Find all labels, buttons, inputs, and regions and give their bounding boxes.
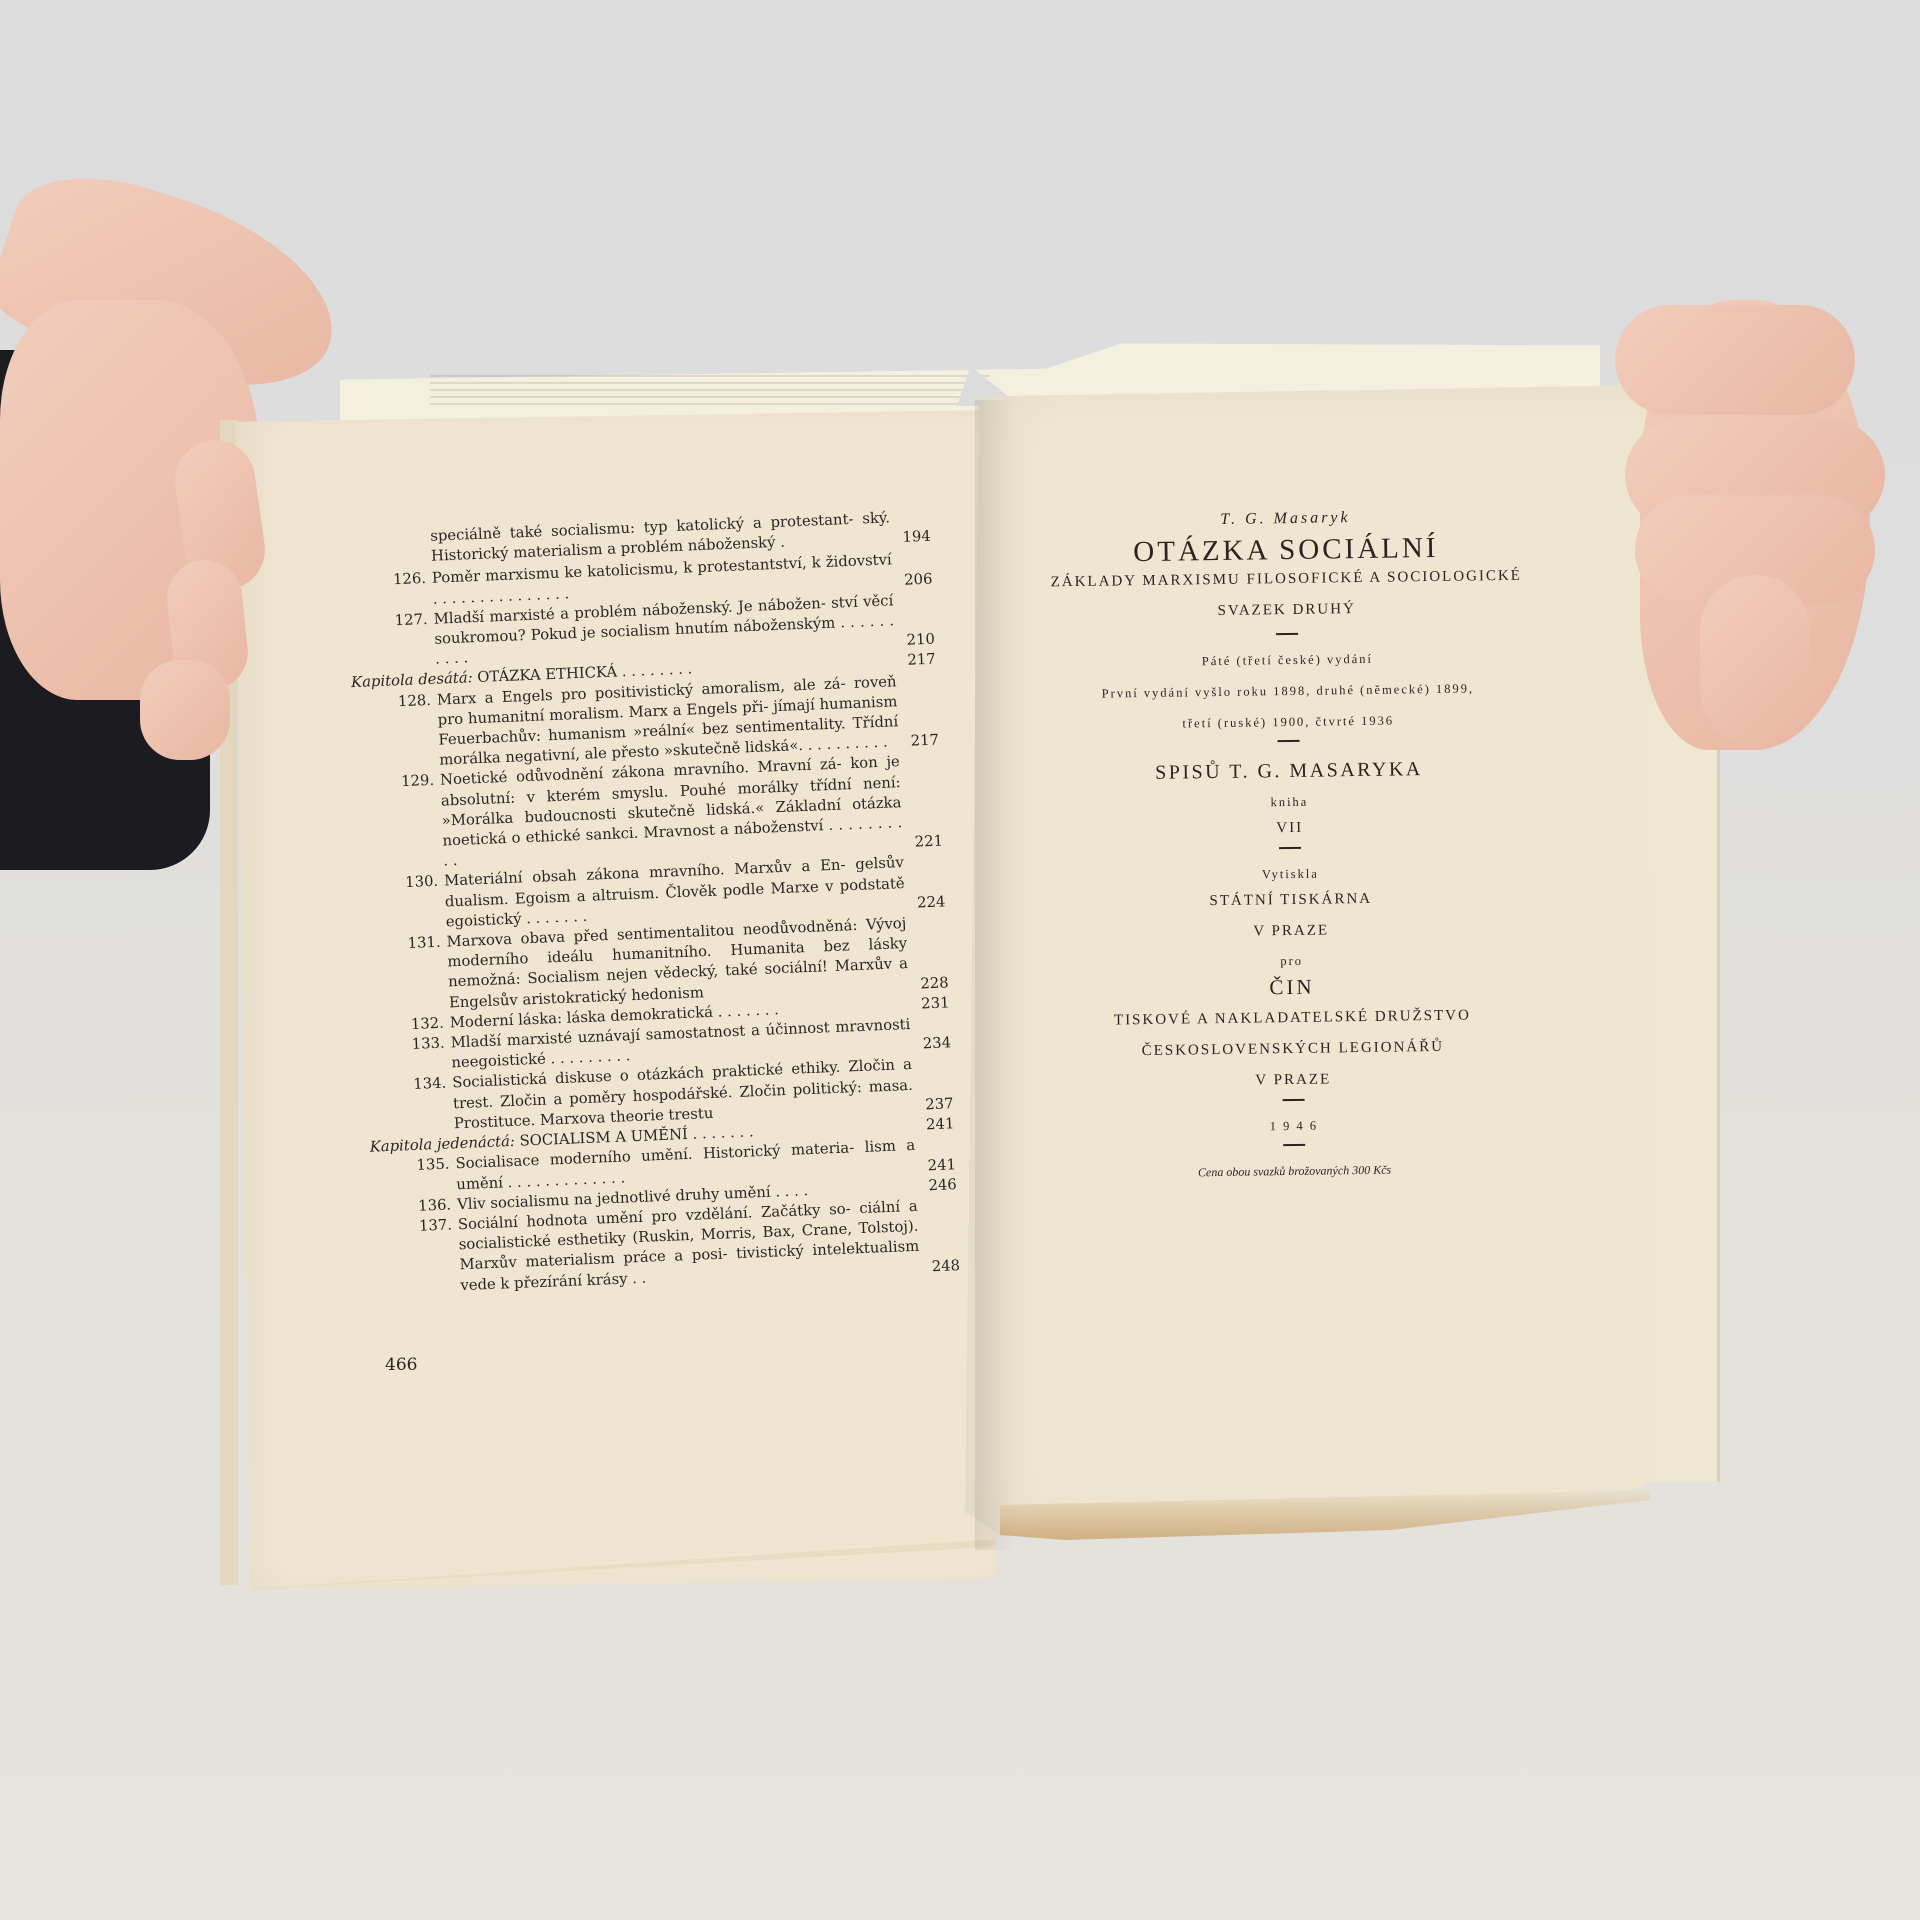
printer: STÁTNÍ TISKÁRNA: [1021, 888, 1561, 913]
right-hand-finger: [1615, 305, 1855, 415]
year: 1 9 4 6: [1024, 1115, 1564, 1138]
edition-history-2: třetí (ruské) 1900, čtvrté 1936: [1018, 711, 1558, 734]
book-number: VII: [1020, 816, 1560, 841]
divider: [1278, 740, 1300, 742]
page-number: 466: [385, 1355, 417, 1375]
divider: [1279, 847, 1301, 849]
printer-city: V PRAZE: [1021, 919, 1561, 944]
divider: [1283, 1099, 1305, 1101]
divider: [1283, 1144, 1305, 1146]
printed-by-label: Vytiskla: [1020, 863, 1560, 886]
book-label: kniha: [1019, 791, 1559, 814]
publisher-city: V PRAZE: [1023, 1068, 1563, 1093]
table-of-contents: speciálně také socialismu: typ katolický…: [350, 508, 920, 1299]
series-title: SPISŮ T. G. MASARYKA: [1019, 756, 1559, 787]
left-hand-finger: [140, 660, 230, 760]
edition: Páté (třetí české) vydání: [1017, 649, 1557, 672]
divider: [1276, 633, 1298, 635]
publisher-desc-1: TISKOVÉ A NAKLADATELSKÉ DRUŽSTVO: [1022, 1006, 1562, 1031]
edition-history-1: První vydání vyšlo roku 1898, druhé (něm…: [1018, 680, 1558, 703]
for-label: pro: [1022, 950, 1562, 973]
publisher-desc-2: ČESKOSLOVENSKÝCH LEGIONÁŘŮ: [1023, 1037, 1563, 1062]
right-hand-thumb: [1700, 575, 1810, 745]
volume: SVAZEK DRUHÝ: [1017, 598, 1557, 623]
back-page-faint-text: [430, 375, 990, 409]
book-title: OTÁZKA SOCIÁLNÍ: [1016, 530, 1556, 571]
title-page: T. G. Masaryk OTÁZKA SOCIÁLNÍ ZÁKLADY MA…: [1015, 506, 1564, 1182]
book-gutter: [975, 400, 1015, 1550]
publisher: ČIN: [1022, 971, 1562, 1004]
book-subtitle: ZÁKLADY MARXISMU FILOSOFICKÉ A SOCIOLOGI…: [1016, 567, 1556, 592]
